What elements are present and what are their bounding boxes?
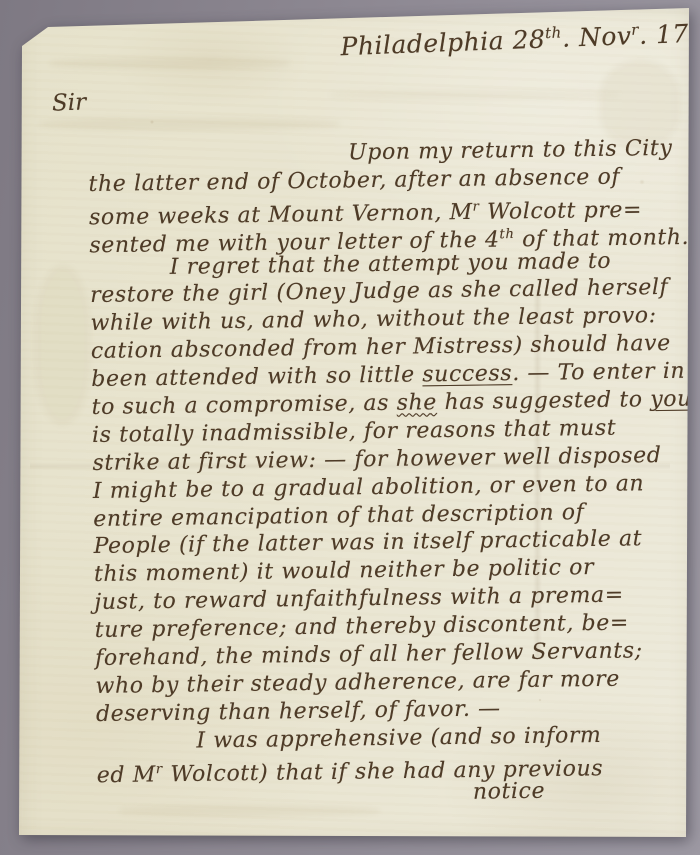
bleed-through	[35, 265, 90, 425]
wavy-text: she	[396, 390, 437, 416]
text-run: been attended with so little	[91, 362, 422, 392]
under-text: success	[422, 361, 512, 387]
text-run: . — To enter in	[512, 359, 685, 386]
text-run: ,	[692, 387, 700, 412]
mat-background: Philadelphia 28th. Novr. 1796. Sir Upon …	[0, 0, 700, 855]
text-run: ed M	[97, 762, 156, 788]
text-run: . Nov	[561, 21, 632, 53]
letter-body: Upon my return to this Citythe latter en…	[88, 135, 675, 812]
text-run: deserving than herself, of favor. —	[96, 696, 501, 727]
paper-sheet: Philadelphia 28th. Novr. 1796. Sir Upon …	[0, 0, 700, 855]
salutation: Sir	[52, 89, 87, 116]
text-run: notice	[473, 779, 546, 805]
text-run: I was apprehensive (and so inform	[196, 723, 601, 754]
bleed-through	[40, 118, 340, 130]
text-run: has suggested to	[437, 387, 651, 415]
sup-text: th	[545, 23, 562, 42]
text-run: I regret that the attempt you made to	[170, 248, 612, 279]
text-run: Upon my return to this City	[348, 136, 673, 166]
bleed-through	[50, 58, 290, 69]
text-run: who by their steady adherence, are far m…	[95, 667, 620, 699]
bleed-through	[330, 90, 620, 100]
text-run: . 1796.	[639, 17, 700, 49]
text-run: to such a compromise, as	[92, 391, 397, 420]
letter-paper: Philadelphia 28th. Novr. 1796. Sir Upon …	[0, 0, 700, 855]
under-text: you	[650, 387, 692, 413]
sup-text: th	[499, 227, 514, 242]
